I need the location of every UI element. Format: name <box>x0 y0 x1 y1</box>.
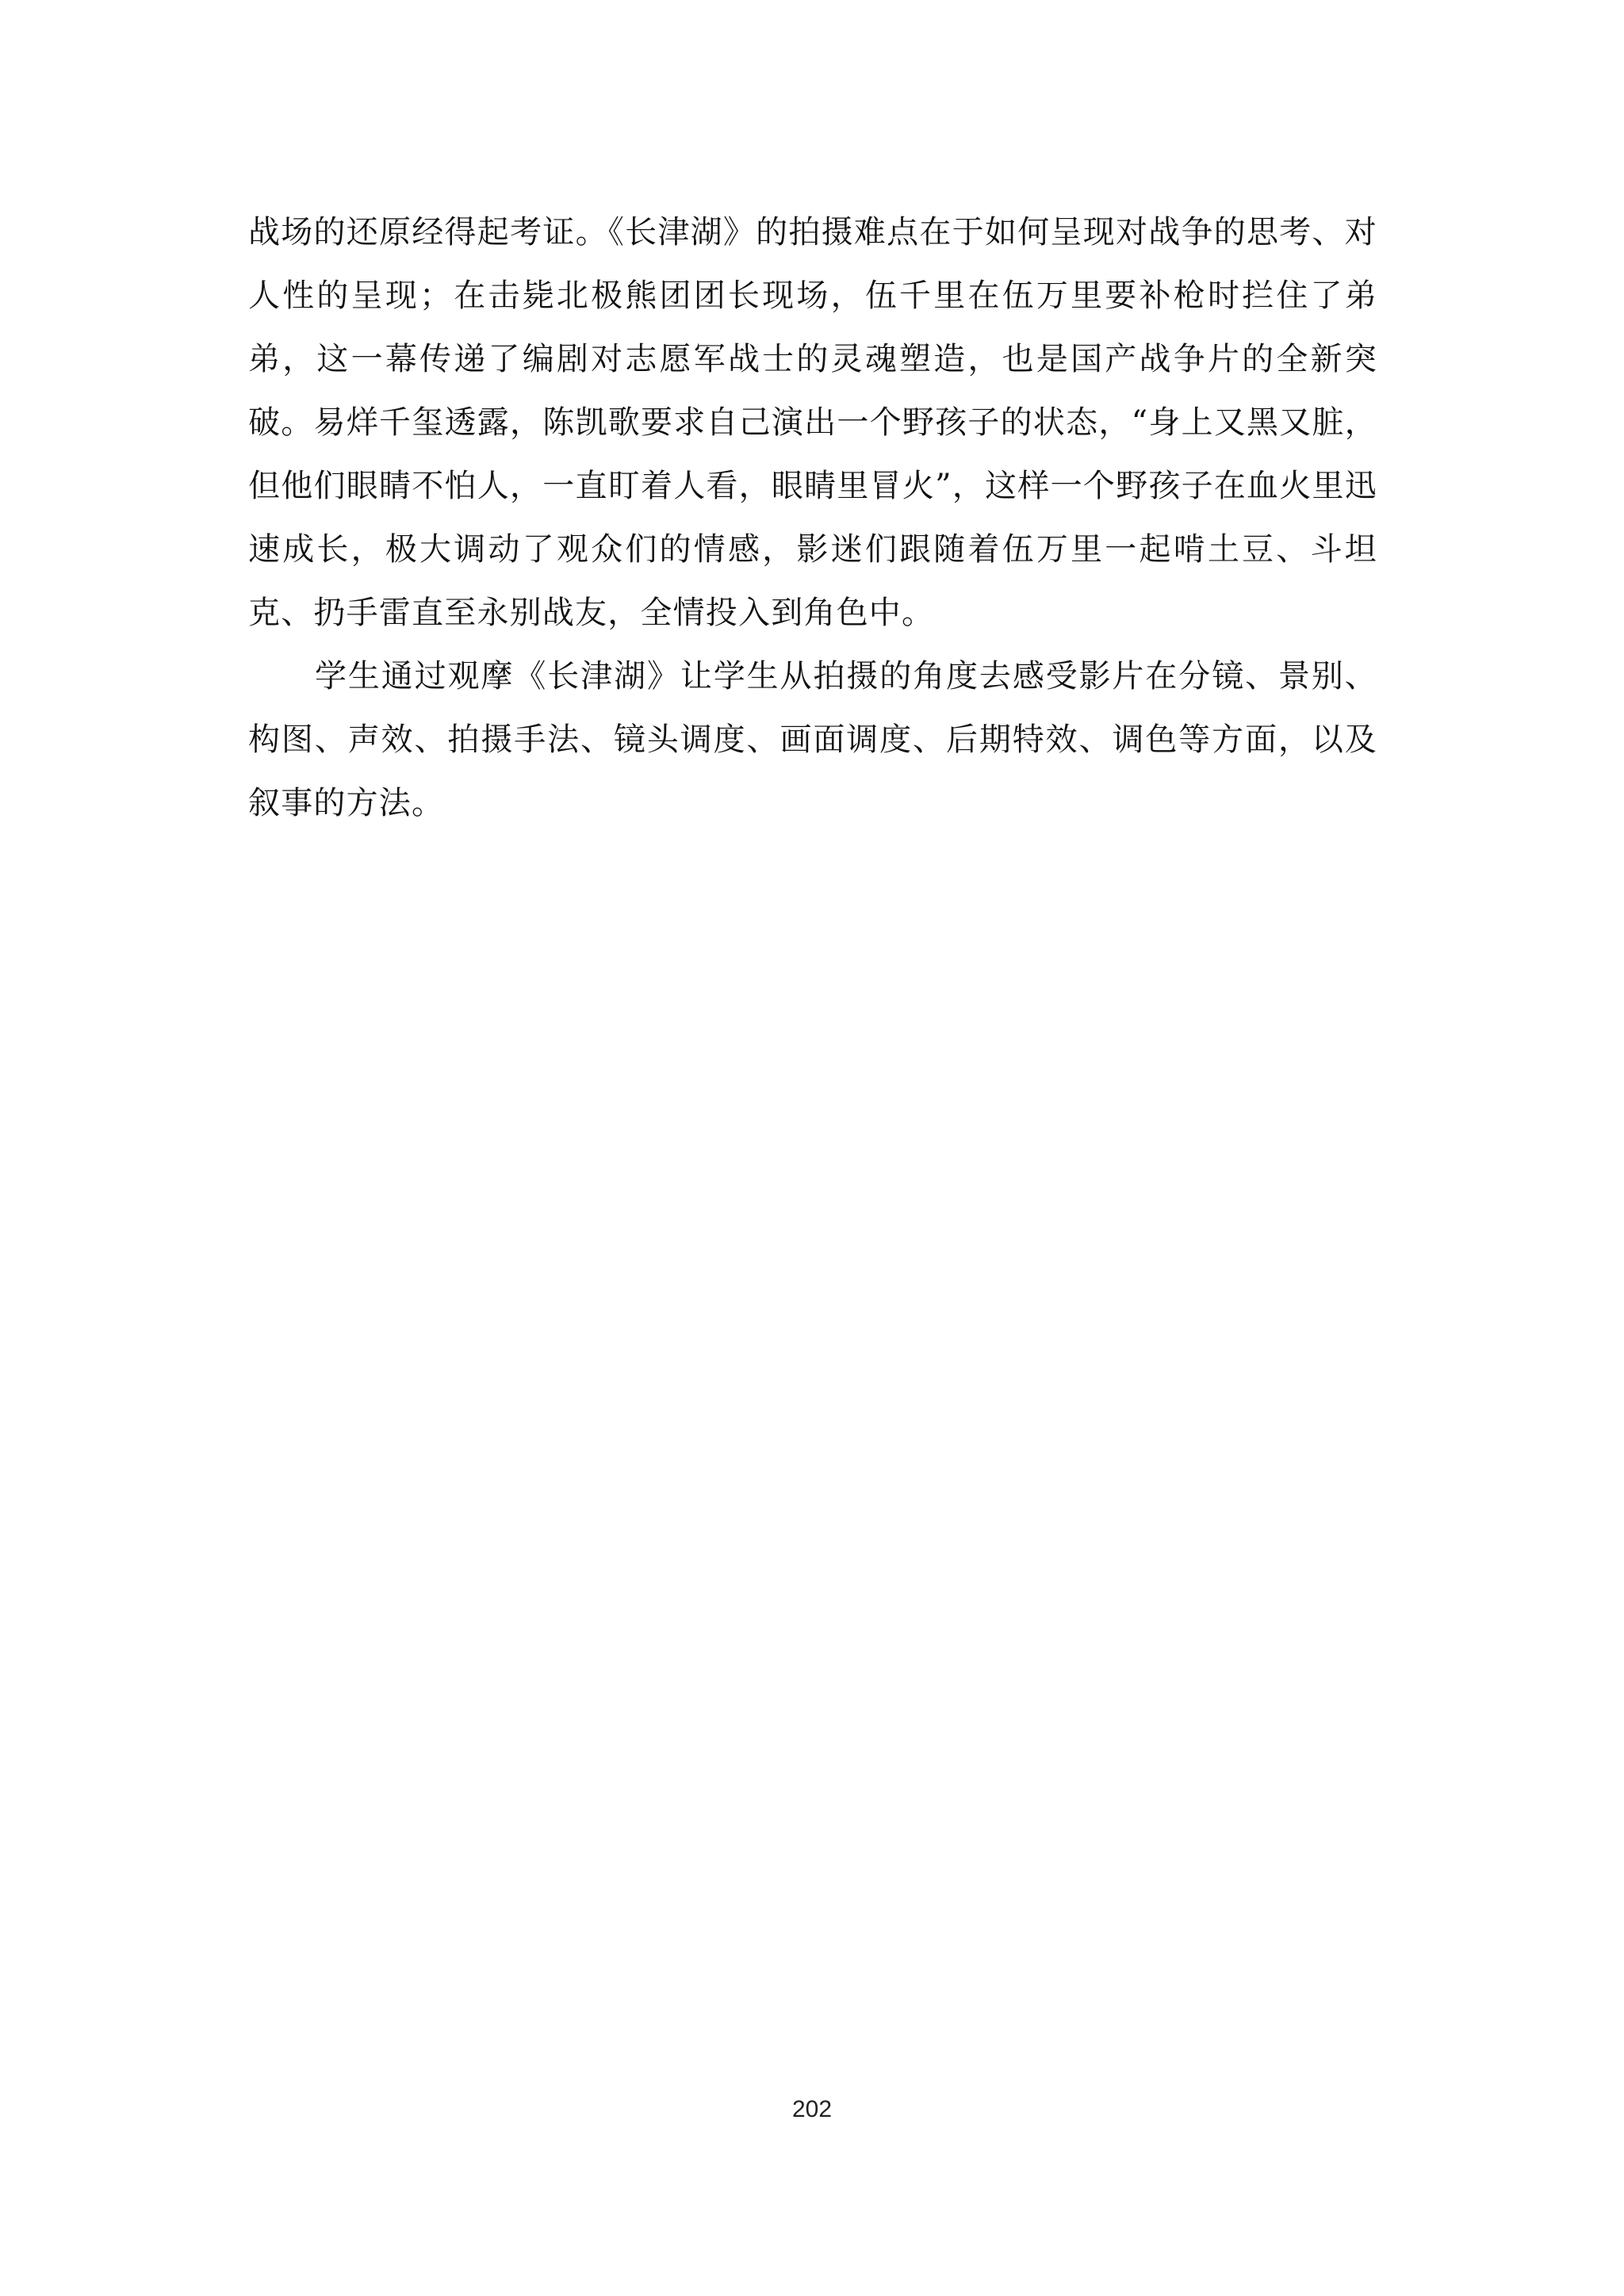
paragraph-student-observation: 学生通过观摩《长津湖》让学生从拍摄的角度去感受影片在分镜、景别、构图、声效、拍摄… <box>248 645 1377 835</box>
page-number: 202 <box>0 2096 1624 2123</box>
document-page: 战场的还原经得起考证。《长津湖》的拍摄难点在于如何呈现对战争的思考、对人性的呈现… <box>0 0 1624 2296</box>
paragraph-film-analysis: 战场的还原经得起考证。《长津湖》的拍摄难点在于如何呈现对战争的思考、对人性的呈现… <box>248 201 1377 645</box>
body-text: 战场的还原经得起考证。《长津湖》的拍摄难点在于如何呈现对战争的思考、对人性的呈现… <box>248 201 1377 835</box>
